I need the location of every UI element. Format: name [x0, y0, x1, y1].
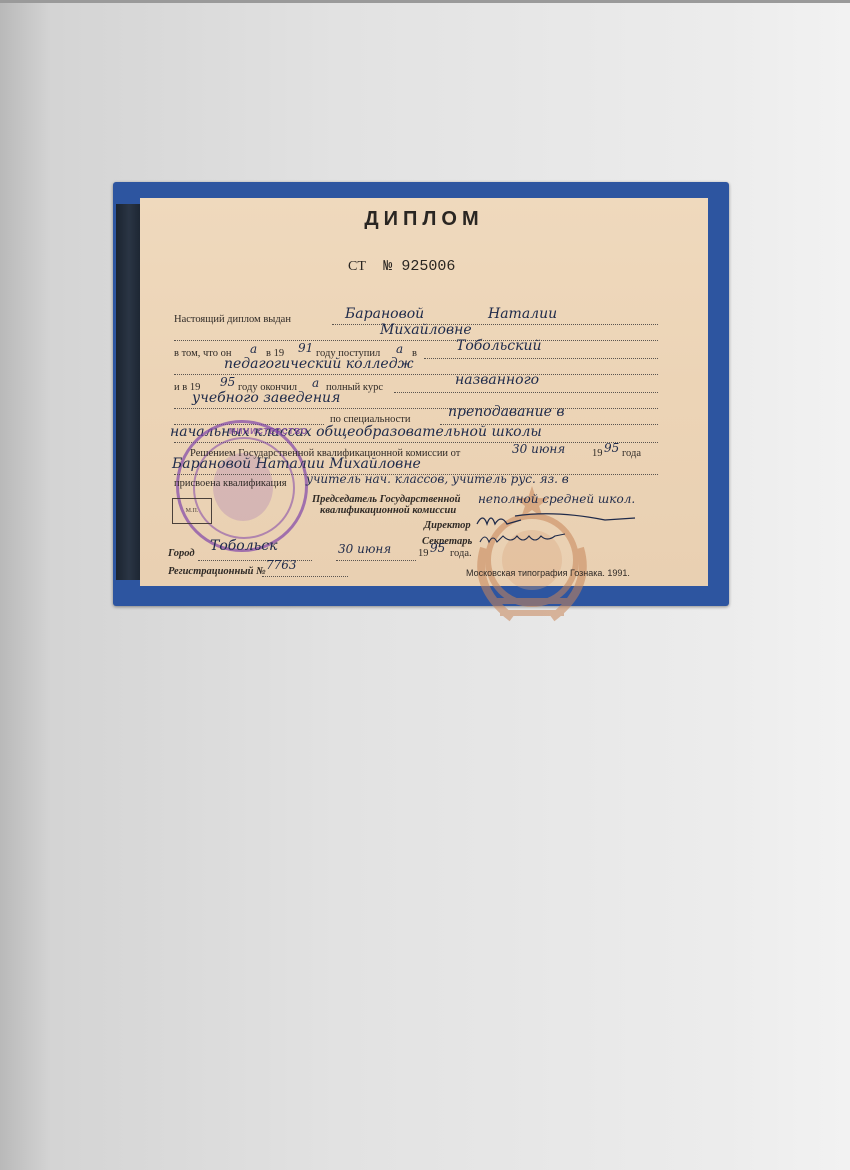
hw-named-2: учебного заведения	[192, 390, 340, 406]
label-date-goda: года.	[450, 548, 472, 559]
hw-institution: Тобольский	[456, 338, 542, 354]
hw-suffix: а	[250, 342, 257, 356]
number: № 925006	[383, 258, 455, 275]
hw-date-year: 95	[430, 541, 445, 555]
hw-surname: Барановой	[345, 306, 424, 322]
hw-named: названного	[455, 372, 539, 388]
label-19: 19	[592, 448, 603, 459]
label-director: Директор	[424, 520, 471, 531]
hw-year-enter: 91	[298, 341, 313, 355]
hw-full-name: Барановой Наталии Михайловне	[172, 456, 421, 472]
hw-suffix: а	[312, 376, 319, 390]
dotted-line	[174, 374, 658, 375]
hw-name: Наталии	[488, 306, 557, 322]
scan-edge	[0, 0, 850, 3]
dotted-line	[174, 408, 658, 409]
hw-reg-number: 7763	[266, 558, 297, 572]
document-title: ДИПЛОМ	[140, 208, 708, 231]
label-qualification: присвоена квалификация	[174, 478, 287, 489]
director-signature-icon	[475, 510, 655, 532]
hw-patronymic: Михайловне	[380, 322, 472, 338]
label-city: Город	[168, 548, 195, 559]
dotted-line	[394, 392, 658, 393]
label-goda: года	[622, 448, 641, 459]
dotted-line	[262, 576, 348, 577]
printer-imprint: Московская типография Гознака. 1991.	[466, 568, 630, 578]
seal-place-box: М.П.	[172, 498, 212, 524]
hw-city: Тобольск	[210, 538, 277, 554]
dotted-line	[424, 358, 658, 359]
label-issued-to: Настоящий диплом выдан	[174, 314, 291, 325]
hw-date: 30 июня	[338, 542, 391, 556]
label-date-19: 19	[418, 548, 429, 559]
hw-specialty: преподавание в	[448, 404, 565, 420]
diploma-spine	[116, 204, 142, 580]
hw-institution-2: педагогический колледж	[224, 356, 414, 372]
hw-qualification: учитель нач. классов, учитель рус. яз. в	[306, 472, 569, 486]
dotted-line	[174, 340, 658, 341]
diploma-page: ДИПЛОМ СТ № 925006 Настоящий диплом выда…	[140, 198, 708, 586]
hw-decision-year: 95	[604, 441, 619, 455]
hw-decision-date: 30 июня	[512, 442, 565, 456]
label-reg-number: Регистрационный №	[168, 566, 266, 577]
hw-qualification-2: неполной средней школ.	[478, 492, 635, 506]
diploma-number: СТ № 925006	[348, 258, 455, 275]
label-chairman: Председатель Государственной	[312, 494, 460, 505]
label-in-that: в том, что он	[174, 348, 231, 359]
series: СТ	[348, 259, 366, 274]
hw-suffix: а	[396, 342, 403, 356]
hw-year-finish: 95	[220, 375, 235, 389]
dotted-line	[336, 560, 416, 561]
secretary-signature-icon	[478, 530, 588, 548]
label-chairman-2: квалификационной комиссии	[320, 505, 456, 516]
